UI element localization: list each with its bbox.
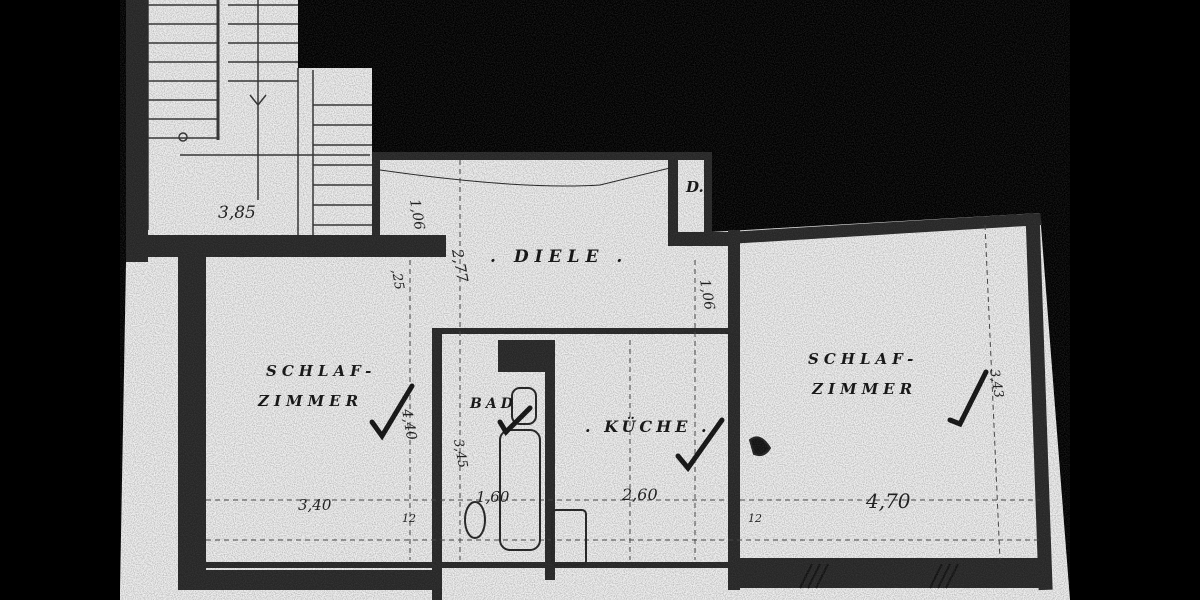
floor-plan: 3,85 . DIELE . 2,77 1,06 1,06 ,25 D. SCH… — [0, 0, 1200, 600]
scan-noise — [120, 0, 1070, 600]
